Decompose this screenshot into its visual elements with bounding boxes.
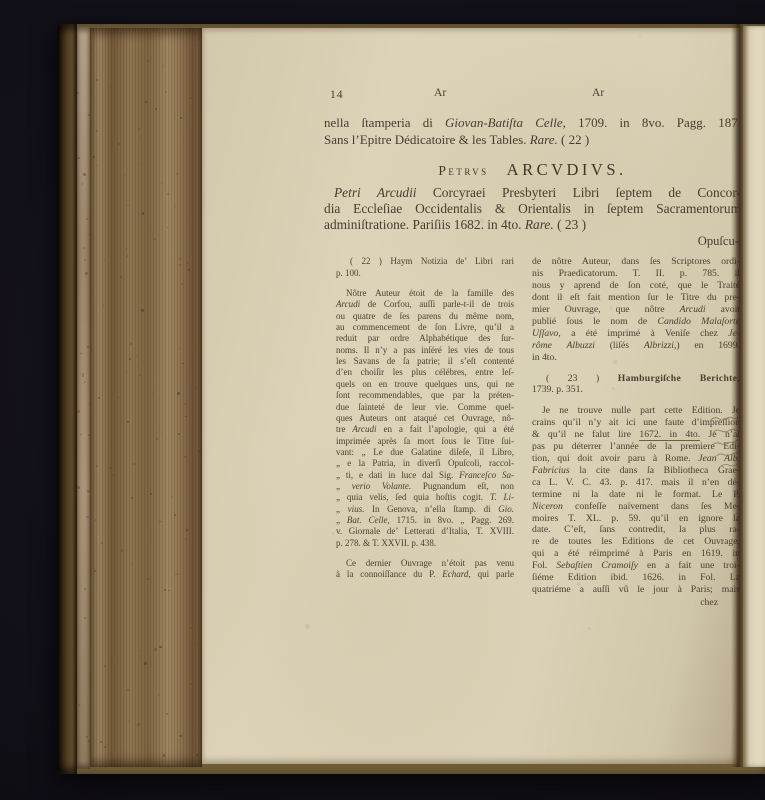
speckle-dot (86, 218, 88, 220)
speckle-dot (136, 355, 138, 357)
speckle-dot (84, 588, 87, 591)
notes-column-left: ( 22 ) Haym Notizia de’ Libri rarip. 100… (336, 256, 514, 580)
speckle-dot (98, 397, 100, 399)
page-header: 14 Ar Ar (324, 88, 739, 104)
speckle-dot (162, 65, 164, 67)
speckle-dot (138, 128, 140, 130)
speckle-dot (130, 342, 132, 344)
speckle-dot (119, 560, 120, 561)
speckle-dot (446, 530, 449, 533)
speckle-dot (173, 118, 175, 120)
text-line: de nôtre Auteur, dans ſes Scriptores ord… (532, 256, 739, 268)
speckle-dot (167, 227, 168, 228)
speckle-dot (79, 704, 80, 705)
speckle-dot (99, 598, 100, 599)
speckle-dot (104, 665, 106, 667)
speckle-dot (147, 60, 149, 62)
speckle-dot (155, 433, 156, 434)
speckle-dot (196, 387, 197, 388)
text-line: ques Auteurs ont ataqué cet Ouvrage, nô- (336, 413, 514, 424)
notes-column-right-blocks: de nôtre Auteur, dans ſes Scriptores ord… (532, 256, 739, 595)
speckle-dot (174, 514, 176, 516)
speckle-dot (141, 309, 143, 311)
speckle-dot (190, 683, 192, 685)
speckle-dot (172, 496, 173, 497)
text-line: ca L. V. C. 43. p. 417. mais il n’en dé- (532, 477, 739, 489)
speckle-dot (194, 79, 195, 80)
speckle-dot (90, 73, 92, 75)
speckle-dot (185, 718, 187, 720)
speckle-dot (548, 751, 550, 753)
entry-heading-lead: Petrvs (438, 163, 488, 178)
speckle-dot (86, 736, 88, 738)
text-line: Nôtre Auteur étoit de la famille des (336, 288, 514, 299)
speckle-dot (191, 348, 193, 350)
speckle-dot (96, 439, 97, 440)
speckle-dot (84, 617, 86, 619)
speckle-dot (305, 624, 310, 629)
speckle-dot (87, 490, 89, 492)
text-line: ſont recommendables, que par la préten- (336, 390, 514, 401)
text-block: de nôtre Auteur, dans ſes Scriptores ord… (532, 256, 739, 363)
speckle-dot (561, 295, 564, 298)
speckle-dot (157, 31, 159, 33)
text-block: Nôtre Auteur étoit de la famille desArcu… (336, 288, 514, 549)
speckle-dot (94, 570, 96, 572)
speckle-dot (165, 91, 167, 93)
speckle-dot (156, 266, 158, 268)
speckle-dot (83, 173, 86, 176)
speckle-dot (109, 467, 112, 470)
text-line: termine ni la date ni le format. Le P. (532, 489, 739, 501)
speckle-dot (176, 173, 178, 175)
text-line: quels on en trouve quelques uns, qui ne (336, 379, 514, 390)
text-line: nella ſtamperia di Giovan-Batiſta Celle,… (324, 115, 739, 132)
speckle-dot (591, 213, 594, 216)
speckle-dot (185, 416, 186, 417)
text-block: Je ne trouve nulle part cette Edition. J… (532, 405, 739, 596)
facing-page-sliver (743, 26, 765, 767)
speckle-dot (119, 524, 120, 525)
speckle-dot (109, 442, 110, 443)
fore-edge-pages (90, 28, 202, 767)
speckle-dot (99, 506, 100, 507)
speckle-dot (161, 183, 162, 184)
speckle-dot (147, 578, 149, 580)
speckle-dot (633, 423, 636, 426)
speckle-dot (155, 108, 157, 110)
speckle-dot (106, 435, 107, 436)
text-line: à la connoiſſance du P. Echard, qui parl… (336, 569, 514, 580)
speckle-dot (90, 54, 92, 56)
speckle-dot (118, 397, 120, 399)
text-block: ( 22 ) Haym Notizia de’ Libri rarip. 100… (336, 256, 514, 279)
speckle-dot (118, 143, 120, 145)
speckle-dot (165, 438, 167, 440)
gutter-shadow (731, 24, 743, 767)
speckle-dot (159, 646, 161, 648)
speckle-dot (139, 448, 140, 449)
speckle-dot (101, 542, 102, 543)
text-line: & qu’il ne falut lire 1672. in 4to. Je n… (532, 429, 739, 441)
speckle-dot (182, 363, 184, 365)
speckle-dot (639, 36, 641, 38)
speckle-dot (588, 627, 591, 630)
speckle-dot (167, 193, 169, 195)
speckle-dot (113, 474, 115, 476)
speckle-dot (199, 184, 200, 185)
text-line: ou quatre de ſes parens du même nom, (336, 311, 514, 322)
text-line: Arcudi de Corfou, auſſi parle-t-il de tr… (336, 299, 514, 310)
speckle-dot (158, 386, 160, 388)
speckle-dot (87, 346, 89, 348)
speckle-dot (187, 372, 190, 375)
speckle-dot (82, 183, 83, 184)
speckle-dot (198, 640, 199, 641)
speckle-dot (95, 519, 97, 521)
photo-background: 14 Ar Ar nella ſtamperia di Giovan-Batiſ… (0, 0, 765, 800)
text-line: ſiéme Edition ibid. 1626. in Fol. La (532, 572, 739, 584)
entry-paragraph: Petri Arcudii Corcyraei Presbyteri Libri… (324, 185, 739, 232)
speckle-dot (120, 276, 121, 277)
printed-text-area: 14 Ar Ar nella ſtamperia di Giovan-Batiſ… (324, 88, 739, 608)
text-line: 1739. p. 351. (532, 384, 739, 396)
speckle-dot (93, 156, 95, 158)
text-line: publié ſous le nom de Candido Malaſorte (532, 316, 739, 328)
speckle-dot (168, 590, 170, 592)
speckle-dot (178, 348, 180, 350)
marbled-edge-band (77, 27, 90, 769)
text-line: ( 23 ) Hamburgiſche Berichte, (532, 373, 739, 385)
text-line: date. C’eſt, ſans contredit, la plus ra- (532, 524, 739, 536)
speckle-dot (82, 375, 84, 377)
speckle-dot (159, 521, 160, 522)
speckle-dot (77, 486, 79, 488)
speckle-dot (86, 516, 89, 519)
speckle-dot (162, 276, 163, 277)
speckle-dot (194, 643, 196, 645)
speckle-dot (97, 165, 98, 166)
speckle-dot (184, 456, 186, 458)
speckle-dot (77, 727, 78, 728)
speckle-dot (133, 463, 135, 465)
speckle-dot (183, 140, 185, 142)
speckle-dot (180, 117, 182, 119)
speckle-dot (196, 754, 198, 756)
speckle-dot (150, 493, 152, 495)
text-line: due ſainteté de leur vie. Comme quel- (336, 402, 514, 413)
speckle-dot (85, 272, 87, 274)
speckle-dot (83, 247, 85, 249)
speckle-dot (95, 549, 96, 550)
speckle-dot (178, 433, 180, 435)
speckle-dot (186, 216, 188, 218)
book-cover-edge (57, 24, 77, 774)
speckle-dot (114, 153, 116, 155)
entry-heading: PetrvsARCVDIVS. (324, 160, 739, 180)
speckle-dot (100, 761, 101, 762)
speckle-dot (177, 392, 179, 394)
text-line: „ verio Volante. Pugnandum eſt, non (336, 481, 514, 492)
speckle-dot (85, 277, 87, 279)
speckle-dot (187, 262, 189, 264)
speckle-dot (166, 713, 168, 715)
text-line: mier Ouvrage, que nôtre Arcudi avoit (532, 304, 739, 316)
speckle-dot (127, 689, 129, 691)
text-line: ( 22 ) Haym Notizia de’ Libri rari (336, 256, 514, 267)
text-line: tion, qui doit avoir paru à Rome. Jean A… (532, 453, 739, 465)
speckle-dot (197, 44, 199, 46)
speckle-dot (190, 74, 191, 75)
speckle-dot (142, 212, 144, 214)
speckle-dot (183, 694, 184, 695)
text-line: pas pu déterrer l’année de la premiere E… (532, 441, 739, 453)
speckle-dot (159, 205, 160, 206)
text-line: noms. Il n’y a pas inſéré les vies de to… (336, 345, 514, 356)
speckle-dot (185, 538, 187, 540)
speckle-dot (92, 294, 93, 295)
speckle-dot (88, 169, 90, 171)
text-line: p. 278. & T. XXVII. p. 438. (336, 538, 514, 549)
page-folio: 14 (330, 88, 344, 101)
speckle-dot (122, 83, 123, 84)
text-line: „ Bat. Celle, 1715. in 8vo. „ Pagg. 269. (336, 515, 514, 526)
speckle-dot (77, 157, 80, 160)
speckle-dot (125, 371, 127, 373)
text-line: moires T. XL. p. 59. qu’il en ignore la (532, 513, 739, 525)
notes-columns: ( 22 ) Haym Notizia de’ Libri rarip. 100… (336, 256, 739, 607)
speckle-dot (154, 238, 157, 241)
text-line: „ e la Patria, in diverſi Opuſcoli, racc… (336, 458, 514, 469)
running-head-left: Ar (434, 86, 446, 99)
text-line: rôme Albuzzi (liſés Albrizzi,) en 1699. (532, 340, 739, 352)
book-page: 14 Ar Ar nella ſtamperia di Giovan-Batiſ… (202, 28, 739, 764)
speckle-dot (152, 393, 153, 394)
imprint-note: nella ſtamperia di Giovan-Batiſta Celle,… (324, 115, 739, 148)
speckle-dot (613, 360, 617, 364)
text-line: „ quia velis, ſed quia hoſtis cogit. T. … (336, 492, 514, 503)
speckle-dot (121, 549, 123, 551)
speckle-dot (84, 381, 86, 383)
speckle-dot (168, 31, 169, 32)
speckle-dot (112, 608, 114, 610)
speckle-dot (139, 374, 141, 376)
text-block: Ce dernier Ouvrage n’étoit pas venuà la … (336, 558, 514, 581)
speckle-dot (131, 198, 132, 199)
speckle-dot (137, 723, 140, 726)
speckle-dot (124, 174, 126, 176)
speckle-dot (78, 752, 79, 753)
speckle-dot (77, 92, 79, 94)
speckle-dot (138, 337, 140, 339)
speckle-dot (84, 259, 87, 262)
speckle-dot (190, 97, 192, 99)
text-line: Sans l’Epitre Dédicatoire & les Tables. … (324, 132, 739, 149)
speckle-dot (179, 258, 181, 260)
speckle-dot (109, 86, 111, 88)
text-block: ( 23 ) Hamburgiſche Berichte,1739. p. 35… (532, 373, 739, 397)
book: 14 Ar Ar nella ſtamperia di Giovan-Batiſ… (57, 24, 765, 774)
text-line: dia Eccleſiae Occidentalis & Orientalis … (324, 201, 739, 217)
running-head-right: Ar (592, 86, 604, 99)
speckle-dot (96, 79, 98, 81)
speckle-dot (199, 450, 200, 451)
speckle-dot (131, 497, 133, 499)
speckle-dot (104, 746, 106, 748)
text-line: les Savans de ſa patrie; il s’eſt conten… (336, 356, 514, 367)
entry-heading-main: ARCVDIVS. (507, 160, 627, 179)
speckle-dot (131, 564, 132, 565)
text-line: vant: „ Le due Galatine diſeſe, il Libro… (336, 447, 514, 458)
speckle-dot (145, 101, 147, 103)
speckle-dot (179, 264, 181, 266)
catchword-mid: Opuſcu- (324, 234, 739, 248)
speckle-dot (113, 383, 115, 385)
speckle-dot (186, 529, 188, 531)
speckle-dot (147, 591, 148, 592)
speckle-dot (577, 582, 581, 586)
speckle-dot (163, 754, 165, 756)
speckle-dot (189, 85, 191, 87)
speckle-dot (127, 205, 128, 206)
speckle-dot (158, 694, 159, 695)
speckle-dot (127, 421, 129, 423)
notes-column-right: de nôtre Auteur, dans ſes Scriptores ord… (532, 256, 739, 607)
text-line: p. 100. (336, 268, 514, 279)
text-line: Niceron confeſſe naïvement dans ſes Me- (532, 501, 739, 513)
speckle-dot (113, 316, 115, 318)
speckle-dot (181, 283, 183, 285)
speckle-dot (142, 360, 144, 362)
speckle-dot (148, 230, 149, 231)
text-line: tre Arcudi en a fait l’apologie, qui a é… (336, 424, 514, 435)
speckle-dot (100, 741, 102, 743)
speckle-dot (191, 114, 193, 116)
text-line: Fol. Sebaſtien Cramoiſy en a fait une tr… (532, 560, 739, 572)
speckle-dot (139, 657, 141, 659)
speckle-dot (80, 353, 82, 355)
speckle-dot (103, 305, 104, 306)
text-line: Ce dernier Ouvrage n’étoit pas venu (336, 558, 514, 569)
speckle-dot (140, 136, 142, 138)
speckle-dot (96, 465, 98, 467)
speckle-dot (157, 431, 159, 433)
speckle-dot (140, 163, 142, 165)
speckle-dot (194, 731, 195, 732)
text-line: d’en choiſir les plus célébres, entre le… (336, 367, 514, 378)
speckle-dot (156, 438, 158, 440)
speckle-dot (150, 535, 152, 537)
speckle-dot (110, 529, 113, 532)
speckle-dot (188, 269, 190, 271)
text-line: Petri Arcudii Corcyraei Presbyteri Libri… (324, 185, 739, 201)
speckle-dot (190, 627, 192, 629)
speckle-dot (175, 206, 176, 207)
text-line: v. Giornale de’ Letterati d’Italia, T. X… (336, 526, 514, 537)
speckle-dot (184, 403, 186, 405)
speckle-dot (96, 130, 98, 132)
speckle-dot (129, 358, 131, 360)
text-line: „ ti, e dati in luce dal Sig. Franceſco … (336, 470, 514, 481)
speckle-dot (77, 410, 80, 413)
speckle-dot (127, 255, 129, 257)
text-line: quatriéme a auſſi vû le jour à Paris; ma… (532, 584, 739, 596)
speckle-dot (139, 650, 140, 651)
speckle-dot (104, 260, 106, 262)
speckle-dot (128, 720, 130, 722)
text-line: in 4to. (532, 352, 739, 364)
catchword-bottom: chez (532, 597, 739, 608)
speckle-dot (179, 735, 182, 738)
speckle-dot (164, 589, 166, 591)
speckle-dot (111, 657, 113, 659)
text-line: au commencement de ſon Livre, qu’il a (336, 322, 514, 333)
speckle-dot (126, 248, 127, 249)
text-line: nis Praedicatorum. T. II. p. 785. il (532, 268, 739, 280)
text-line: Uſſavo, a été imprimé à Veniſe chez Je- (532, 328, 739, 340)
text-line: adminiſtratione. Pariſiis 1682. in 4to. … (324, 217, 739, 233)
text-line: re de toutes les Editions de cet Ouvrage… (532, 536, 739, 548)
text-line: qui a été réimprimé à Paris en 1619. in (532, 548, 739, 560)
text-line: Fabricius la cite dans ſa Bibliotheca Gr… (532, 465, 739, 477)
speckle-dot (144, 662, 147, 665)
text-line: nous y aprend de ſon coté, que le Traité (532, 280, 739, 292)
speckle-dot (177, 574, 179, 576)
speckle-dot (120, 131, 121, 132)
text-line: reduit par ordre Alphabétique des ſur- (336, 333, 514, 344)
text-line: imprimée après ſa mort ſous le Titre ſui… (336, 436, 514, 447)
speckle-dot (80, 434, 81, 435)
speckle-dot (121, 643, 123, 645)
speckle-dot (119, 420, 121, 422)
speckle-dot (154, 648, 157, 651)
text-line: „ vius. In Genova, n’ella ſtamp. di Gio. (336, 504, 514, 515)
